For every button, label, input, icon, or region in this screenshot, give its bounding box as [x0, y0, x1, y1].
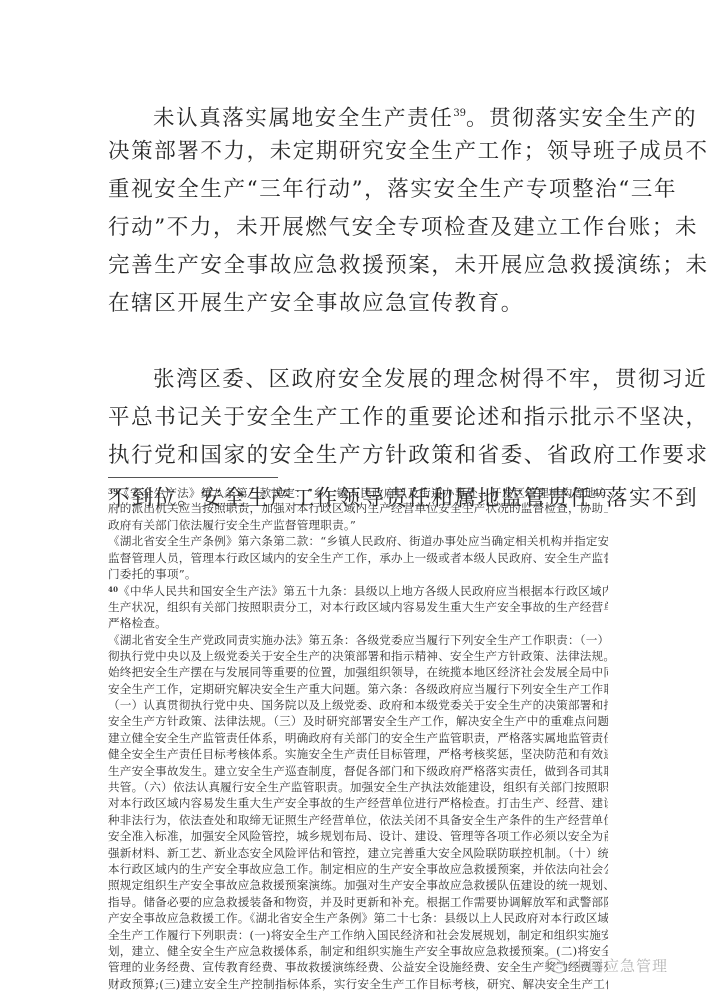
footnote-line: 《湖北省安全生产党政同责实施办法》第五条：各级党委应当履行下列安全生产工作职责：…	[108, 632, 608, 648]
footnote-line: 门委托的事项”。	[108, 566, 608, 582]
document-page: 未认真落实属地安全生产责任39。贯彻落实安全生产的 决策部署不力，未定期研究安全…	[0, 0, 707, 1000]
footnote-line: 建立健全安全生产监管责任体系，明确政府有关部门的安全生产监管职责，严格落实属地监…	[108, 730, 608, 746]
text-line: 决策部署不力，未定期研究安全生产工作；领导班子成员不	[108, 133, 608, 171]
footnote-line: 财政预算;(三)建立安全生产控制指标体系，实行安全生产工作目标考核，研究、解决安…	[108, 976, 608, 992]
footnote-line: 种非法行为，依法查处和取缔无证照生产经营单位，依法关闭不具备安全生产条件的生产经…	[108, 812, 608, 828]
footnote-line: 《湖北省安全生产条例》第六条第二款：“乡镇人民政府、街道办事处应当确定相关机构并…	[108, 533, 608, 549]
text-line: 重视安全生产“三年行动”，落实安全生产专项整治“三年	[108, 171, 608, 209]
footnote-separator	[108, 477, 278, 478]
footnote-line: 共管。（六）依法认真履行安全生产监管职责。加强安全生产执法效能建设，组织有关部门…	[108, 779, 608, 795]
text-line: 未认真落实属地安全生产责任39。贯彻落实安全生产的	[108, 95, 608, 133]
footnote-line: 安全生产方针政策、法律法规。（三）及时研究部署安全生产工作，解决安全生产中的重难…	[108, 713, 608, 729]
footnote-line: 生产状况，组织有关部门按照职责分工，对本行政区域内容易发生重大生产安全事故的生产…	[108, 599, 608, 615]
footnote-line: 全生产工作履行下列职责：(一)将安全生产工作纳入国民经济和社会发展规划，制定和组…	[108, 927, 608, 943]
footnote-line: 府的派出机关应当按照职责，加强对本行政区域内生产经营单位安全生产状况的监督检查，…	[108, 500, 608, 516]
footnote-line: 安全准入标准，加强安全风险管控，城乡规划布局、设计、建设、管理等各项工作必须以安…	[108, 828, 608, 844]
footnote-line: 对本行政区域内容易发生重大生产安全事故的生产经营单位进行严格检查。打击生产、经营…	[108, 795, 608, 811]
text-span: 《安全生产法》第八条第三款规定：“乡、镇人民政府以及街道办事处、开发区管理机构等…	[118, 486, 608, 500]
footnote-number: 40	[108, 585, 118, 594]
text-line: 完善生产安全事故应急救援预案，未开展应急救援演练；未	[108, 247, 608, 285]
footnote-line: 严格检查。	[108, 615, 608, 631]
footnote-line: 指导。储备必要的应急救援装备和物资，并及时更新和补充。根据工作需要协调解放军和武…	[108, 894, 608, 910]
footnote-number: 39	[108, 487, 118, 496]
footnote-line: 生产安全事故发生。建立安全生产巡查制度，督促各部门和下级政府严格落实责任，做到各…	[108, 763, 608, 779]
text-line: 执行党和国家的安全生产方针政策和省委、省政府工作要求	[108, 437, 608, 475]
text-line: 在辖区开展生产安全事故应急宣传教育。	[108, 285, 608, 323]
text-line: 行动”不力，未开展燃气安全专项检查及建立工作台账；未	[108, 209, 608, 247]
text-span: 未认真落实属地安全生产责任	[153, 106, 453, 131]
footnote-line: 管理的业务经费、宣传教育经费、事故救援演练经费、公益安全设施经费、安全生产奖励经…	[108, 959, 608, 975]
footnote-line: 安全生产工作，定期研究解决安全生产重大问题。第六条：各级政府应当履行下列安全生产…	[108, 681, 608, 697]
paragraph-responsibility: 未认真落实属地安全生产责任39。贯彻落实安全生产的 决策部署不力，未定期研究安全…	[108, 95, 608, 513]
footnote-line: 始终把安全生产摆在与发展同等重要的位置，加强组织领导，在统揽本地区经济社会发展全…	[108, 664, 608, 680]
text-span: 《中华人民共和国安全生产法》第五十九条：县级以上地方各级人民政府应当根据本行政区…	[118, 584, 608, 598]
footnote-ref-39[interactable]: 39	[453, 108, 466, 119]
footnote-line: 照规定组织生产安全事故应急救援预案演练。加强对生产安全事故应急救援队伍建设的统一…	[108, 877, 608, 893]
footnote-line: 健全安全生产责任目标考核体系。实施安全生产责任目标管理，严格考核奖惩，坚决防范和…	[108, 746, 608, 762]
footnote-line: 划，建立、健全安全生产应急救援体系，制定和组织实施生产安全事故应急救援预案。(二…	[108, 943, 608, 959]
text-line: 张湾区委、区政府安全发展的理念树得不牢，贯彻习近	[108, 361, 608, 399]
watermark: 中国应急管理	[545, 955, 668, 976]
text-span: 。贯彻落实安全生产的	[466, 106, 697, 131]
text-line: 平总书记关于安全生产工作的重要论述和指示批示不坚决，	[108, 399, 608, 437]
footnote-line: 彻执行党中央以及上级党委关于安全生产的决策部署和指示精神、安全生产方针政策、法律…	[108, 648, 608, 664]
footnote-line: 产安全事故应急救援工作。《湖北省安全生产条例》第二十七条：县级以上人民政府对本行…	[108, 910, 608, 926]
footnote-line: 强新材料、新工艺、新业态安全风险评估和管控，建立完善重大安全风险联防联控机制。（…	[108, 845, 608, 861]
footnote-line: 政府有关部门依法履行安全生产监督管理职责。”	[108, 517, 608, 533]
wechat-icon	[545, 957, 567, 975]
watermark-text: 中国应急管理	[572, 955, 668, 976]
section-heading	[108, 323, 608, 361]
footnote-line: 39《安全生产法》第八条第三款规定：“乡、镇人民政府以及街道办事处、开发区管理机…	[108, 484, 608, 500]
footnotes: 39《安全生产法》第八条第三款规定：“乡、镇人民政府以及街道办事处、开发区管理机…	[108, 484, 608, 992]
footnote-line: （一）认真贯彻执行党中央、国务院以及上级党委、政府和本级党委关于安全生产的决策部…	[108, 697, 608, 713]
footnote-line: 本行政区域内的生产安全事故应急工作。制定相应的生产安全事故应急救援预案，并依法向…	[108, 861, 608, 877]
footnote-line: 监督管理人员，管理本行政区域内的安全生产工作，承办上一级或者本级人民政府、安全生…	[108, 550, 608, 566]
footnote-line: 40《中华人民共和国安全生产法》第五十九条：县级以上地方各级人民政府应当根据本行…	[108, 582, 608, 598]
text-span: 落实不到	[606, 486, 698, 511]
